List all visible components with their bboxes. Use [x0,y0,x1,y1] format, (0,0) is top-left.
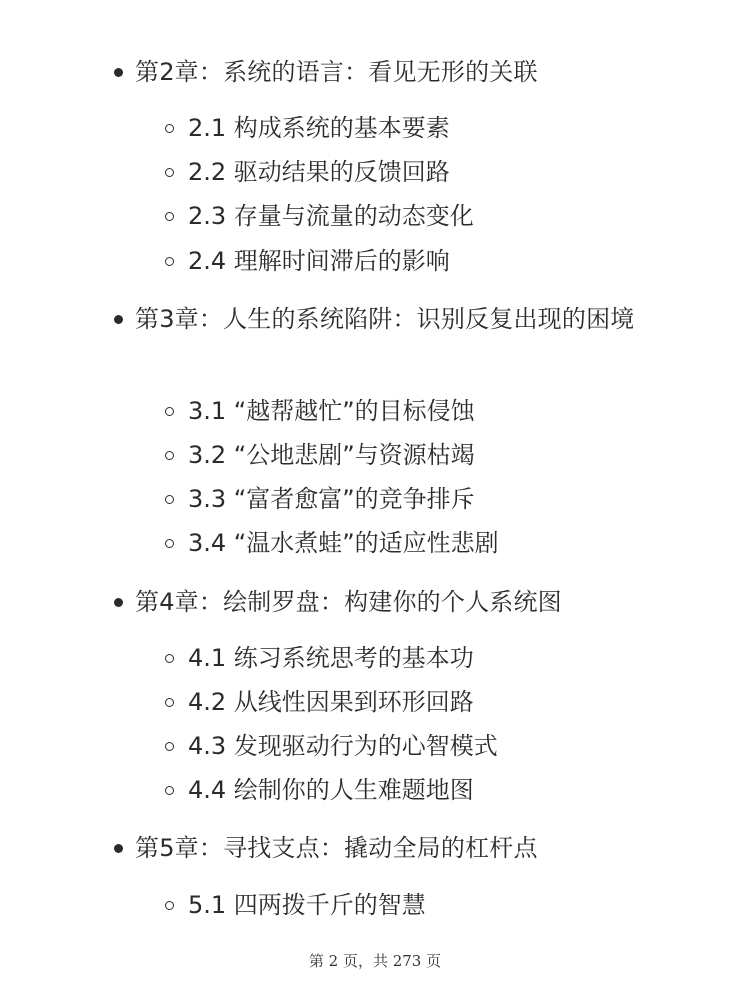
circle-bullet-icon [165,742,174,751]
bullet-icon [114,68,123,77]
circle-bullet-icon [165,407,174,416]
circle-bullet-icon [165,901,174,910]
section-title: 3.4 “温水煮蛙”的适应性悲剧 [188,529,499,557]
section-title: 3.1 “越帮越忙”的目标侵蚀 [188,397,475,425]
section-item: 3.1 “越帮越忙”的目标侵蚀 [188,392,668,430]
section-item: 5.1 四两拨千斤的智慧 [188,886,668,924]
bullet-icon [114,844,123,853]
page-number: 第 2 页，共 273 页 [0,950,750,971]
section-item: 2.3 存量与流量的动态变化 [188,197,668,235]
chapter-item: 第3章：人生的系统陷阱：识别反复出现的困境 [135,300,665,338]
section-title: 5.1 四两拨千斤的智慧 [188,891,426,919]
chapter-title: 第2章：系统的语言：看见无形的关联 [135,58,538,86]
chapter-title: 第3章：人生的系统陷阱：识别反复出现的困境 [135,305,634,333]
chapter-item: 第4章：绘制罗盘：构建你的个人系统图 [135,583,675,621]
section-title: 2.3 存量与流量的动态变化 [188,202,474,230]
section-title: 3.3 “富者愈富”的竞争排斥 [188,485,475,513]
section-item: 3.2 “公地悲剧”与资源枯竭 [188,436,668,474]
section-item: 4.4 绘制你的人生难题地图 [188,771,668,809]
section-item: 4.1 练习系统思考的基本功 [188,639,668,677]
circle-bullet-icon [165,212,174,221]
circle-bullet-icon [165,698,174,707]
section-title: 4.3 发现驱动行为的心智模式 [188,732,498,760]
circle-bullet-icon [165,124,174,133]
chapter-title: 第4章：绘制罗盘：构建你的个人系统图 [135,588,562,616]
section-item: 2.2 驱动结果的反馈回路 [188,153,668,191]
circle-bullet-icon [165,168,174,177]
section-title: 3.2 “公地悲剧”与资源枯竭 [188,441,475,469]
section-title: 2.1 构成系统的基本要素 [188,114,450,142]
section-item: 3.4 “温水煮蛙”的适应性悲剧 [188,524,668,562]
section-title: 2.2 驱动结果的反馈回路 [188,158,450,186]
bullet-icon [114,598,123,607]
circle-bullet-icon [165,786,174,795]
circle-bullet-icon [165,257,174,266]
circle-bullet-icon [165,539,174,548]
circle-bullet-icon [165,654,174,663]
chapter-item: 第5章：寻找支点：撬动全局的杠杆点 [135,829,675,867]
bullet-icon [114,315,123,324]
section-title: 4.2 从线性因果到环形回路 [188,688,474,716]
section-item: 4.2 从线性因果到环形回路 [188,683,668,721]
section-item: 2.4 理解时间滞后的影响 [188,242,668,280]
section-title: 4.4 绘制你的人生难题地图 [188,776,474,804]
section-item: 4.3 发现驱动行为的心智模式 [188,727,668,765]
document-page: 第2章：系统的语言：看见无形的关联 2.1 构成系统的基本要素 2.2 驱动结果… [0,0,750,1000]
section-item: 3.3 “富者愈富”的竞争排斥 [188,480,668,518]
circle-bullet-icon [165,451,174,460]
section-item: 2.1 构成系统的基本要素 [188,109,668,147]
circle-bullet-icon [165,495,174,504]
section-title: 2.4 理解时间滞后的影响 [188,247,450,275]
chapter-item: 第2章：系统的语言：看见无形的关联 [135,53,675,91]
section-title: 4.1 练习系统思考的基本功 [188,644,474,672]
chapter-title: 第5章：寻找支点：撬动全局的杠杆点 [135,834,538,862]
